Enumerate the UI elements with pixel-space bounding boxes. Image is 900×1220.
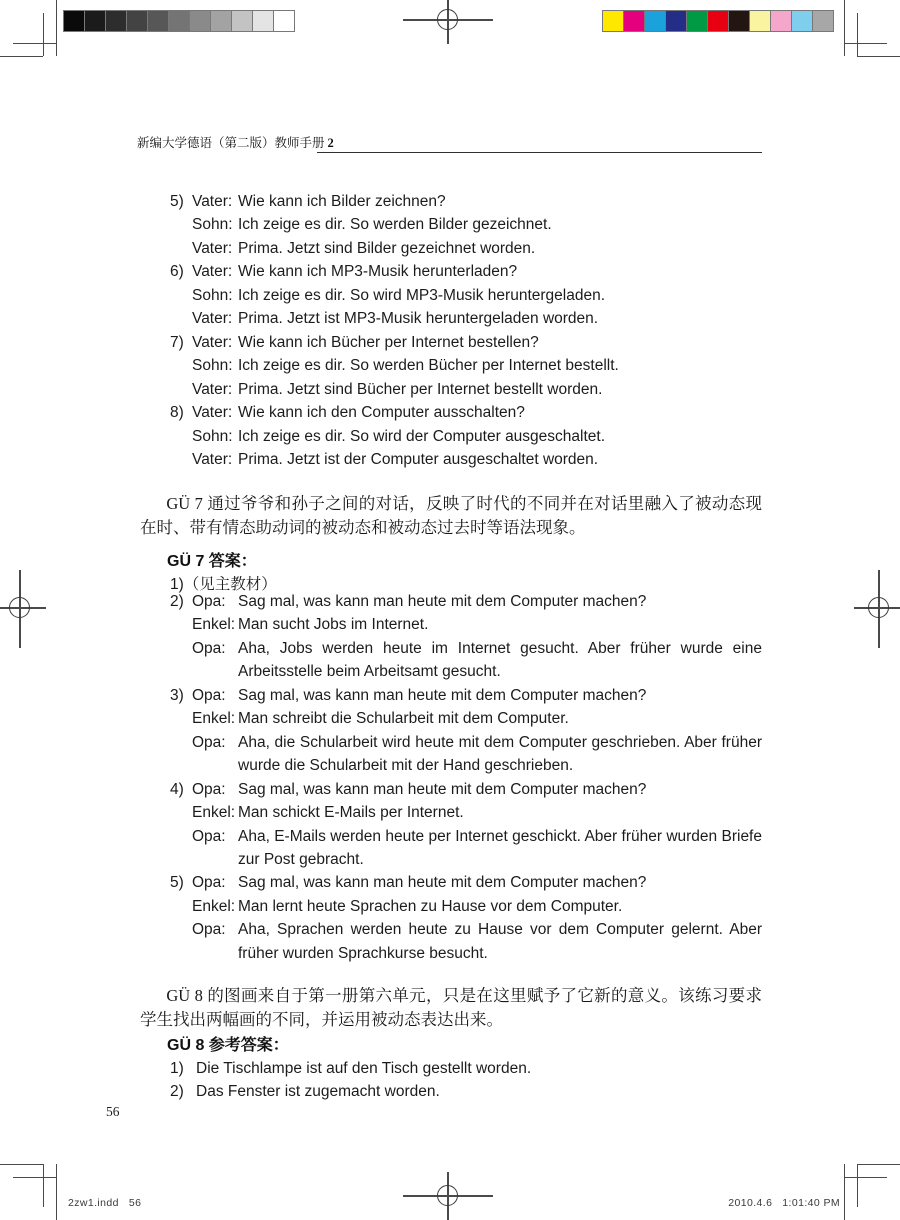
item-number [170, 284, 192, 307]
dialog-text: Ich zeige es dir. So werden Bilder gezei… [238, 213, 762, 236]
gu8-intro-paragraph: GÜ 8 的图画来自于第一册第六单元，只是在这里赋予了它新的意义。该练习要求学生… [140, 984, 762, 1033]
gu7-intro-paragraph: GÜ 7 通过爷爷和孙子之间的对话，反映了时代的不同并在对话里融入了被动态现在时… [140, 492, 762, 541]
dialog-section-opa-enkel: 2)Opa:Sag mal, was kann man heute mit de… [170, 590, 762, 965]
color-swatch [812, 10, 834, 32]
dialog-text: Sag mal, was kann man heute mit dem Comp… [238, 590, 762, 613]
speaker-label: Enkel: [192, 895, 238, 918]
item-number: 4) [170, 778, 192, 801]
color-calibration-bar [603, 10, 834, 32]
grayscale-swatch [63, 10, 85, 32]
dialog-line: 5)Opa:Sag mal, was kann man heute mit de… [170, 871, 762, 894]
gu8-answers-heading: GÜ 8 参考答案： [167, 1034, 289, 1057]
dialog-line: 6)Vater:Wie kann ich MP3-Musik herunterl… [170, 260, 762, 283]
dialog-line: 8)Vater:Wie kann ich den Computer aussch… [170, 401, 762, 424]
color-swatch [749, 10, 771, 32]
dialog-line: Vater:Prima. Jetzt ist MP3-Musik herunte… [170, 307, 762, 330]
footer-filename: 2zw1.indd 56 [68, 1197, 141, 1209]
dialog-text: Wie kann ich Bücher per Internet bestell… [238, 331, 762, 354]
dialog-line: Sohn:Ich zeige es dir. So werden Bilder … [170, 213, 762, 236]
dialog-text: Ich zeige es dir. So wird der Computer a… [238, 425, 762, 448]
dialog-text: Ich zeige es dir. So werden Bücher per I… [238, 354, 762, 377]
dialog-text: Prima. Jetzt sind Bücher per Internet be… [238, 378, 762, 401]
answer-text: Die Tischlampe ist auf den Tisch gestell… [196, 1057, 762, 1080]
item-number: 5) [170, 190, 192, 213]
item-number: 1) [170, 1057, 196, 1080]
grayscale-swatch [189, 10, 211, 32]
dialog-line: 5)Vater:Wie kann ich Bilder zeichnen? [170, 190, 762, 213]
item-number: 3) [170, 684, 192, 707]
header-rule [317, 152, 762, 153]
speaker-label: Enkel: [192, 613, 238, 636]
dialog-text: Wie kann ich Bilder zeichnen? [238, 190, 762, 213]
speaker-label: Enkel: [192, 801, 238, 824]
speaker-label: Opa: [192, 684, 238, 707]
dialog-text: Aha, Sprachen werden heute zu Hause vor … [238, 918, 762, 965]
dialog-line: Vater:Prima. Jetzt ist der Computer ausg… [170, 448, 762, 471]
speaker-label: Opa: [192, 825, 238, 872]
item-number: 8) [170, 401, 192, 424]
grayscale-calibration-bar [64, 10, 295, 32]
grayscale-swatch [84, 10, 106, 32]
speaker-label: Opa: [192, 871, 238, 894]
speaker-label: Opa: [192, 778, 238, 801]
item-number: 7) [170, 331, 192, 354]
speaker-label: Vater: [192, 401, 238, 424]
gu7-answers-heading: GÜ 7 答案： [167, 550, 257, 573]
item-number: 2) [170, 590, 192, 613]
speaker-label: Vater: [192, 331, 238, 354]
item-number [170, 825, 192, 872]
item-number: 2) [170, 1080, 196, 1103]
speaker-label: Vater: [192, 237, 238, 260]
page-header: 新编大学德语（第二版）教师手册2 [137, 133, 334, 151]
answer-line: 2)Das Fenster ist zugemacht worden. [170, 1080, 762, 1103]
answer-text: Das Fenster ist zugemacht worden. [196, 1080, 762, 1103]
scanned-book-page: 新编大学德语（第二版）教师手册2 5)Vater:Wie kann ich Bi… [0, 0, 900, 1220]
dialog-line: Enkel:Man schreibt die Schularbeit mit d… [170, 707, 762, 730]
speaker-label: Vater: [192, 378, 238, 401]
color-swatch [707, 10, 729, 32]
dialog-text: Sag mal, was kann man heute mit dem Comp… [238, 778, 762, 801]
speaker-label: Sohn: [192, 354, 238, 377]
item-number [170, 801, 192, 824]
page-number: 56 [106, 1104, 120, 1120]
color-swatch [770, 10, 792, 32]
dialog-line: Sohn:Ich zeige es dir. So wird MP3-Musik… [170, 284, 762, 307]
color-swatch [686, 10, 708, 32]
item-number: 6) [170, 260, 192, 283]
speaker-label: Vater: [192, 190, 238, 213]
dialog-text: Ich zeige es dir. So wird MP3-Musik heru… [238, 284, 762, 307]
color-swatch [665, 10, 687, 32]
speaker-label: Sohn: [192, 284, 238, 307]
dialog-text: Wie kann ich den Computer ausschalten? [238, 401, 762, 424]
dialog-text: Sag mal, was kann man heute mit dem Comp… [238, 684, 762, 707]
item-number: 5) [170, 871, 192, 894]
speaker-label: Opa: [192, 590, 238, 613]
speaker-label: Sohn: [192, 213, 238, 236]
dialog-line: Opa:Aha, die Schularbeit wird heute mit … [170, 731, 762, 778]
grayscale-swatch [105, 10, 127, 32]
dialog-text: Man schreibt die Schularbeit mit dem Com… [238, 707, 762, 730]
dialog-text: Aha, Jobs werden heute im Internet gesuc… [238, 637, 762, 684]
speaker-label: Vater: [192, 260, 238, 283]
color-swatch [728, 10, 750, 32]
speaker-label: Sohn: [192, 425, 238, 448]
dialog-line: Enkel:Man sucht Jobs im Internet. [170, 613, 762, 636]
speaker-label: Opa: [192, 637, 238, 684]
dialog-line: Sohn:Ich zeige es dir. So werden Bücher … [170, 354, 762, 377]
header-title: 新编大学德语（第二版）教师手册 [137, 136, 325, 150]
dialog-line: Opa:Aha, Sprachen werden heute zu Hause … [170, 918, 762, 965]
dialog-section-vater-sohn: 5)Vater:Wie kann ich Bilder zeichnen?Soh… [170, 190, 762, 471]
dialog-text: Aha, E-Mails werden heute per Internet g… [238, 825, 762, 872]
item-number [170, 237, 192, 260]
dialog-text: Prima. Jetzt ist MP3-Musik heruntergelad… [238, 307, 762, 330]
item-number [170, 918, 192, 965]
item-number [170, 354, 192, 377]
gu8-answers-list: 1)Die Tischlampe ist auf den Tisch geste… [170, 1057, 762, 1104]
dialog-line: 7)Vater:Wie kann ich Bücher per Internet… [170, 331, 762, 354]
item-number [170, 895, 192, 918]
dialog-line: 4)Opa:Sag mal, was kann man heute mit de… [170, 778, 762, 801]
dialog-line: Enkel:Man lernt heute Sprachen zu Hause … [170, 895, 762, 918]
item-number [170, 378, 192, 401]
dialog-line: Sohn:Ich zeige es dir. So wird der Compu… [170, 425, 762, 448]
footer-timestamp: 2010.4.6 1:01:40 PM [728, 1197, 840, 1209]
item-number [170, 448, 192, 471]
item-number [170, 307, 192, 330]
grayscale-swatch [210, 10, 232, 32]
dialog-text: Man lernt heute Sprachen zu Hause vor de… [238, 895, 762, 918]
dialog-line: Vater:Prima. Jetzt sind Bücher per Inter… [170, 378, 762, 401]
dialog-line: Enkel:Man schickt E-Mails per Internet. [170, 801, 762, 824]
item-number [170, 213, 192, 236]
dialog-line: 2)Opa:Sag mal, was kann man heute mit de… [170, 590, 762, 613]
dialog-line: Opa:Aha, E-Mails werden heute per Intern… [170, 825, 762, 872]
dialog-text: Prima. Jetzt ist der Computer ausgeschal… [238, 448, 762, 471]
color-swatch [623, 10, 645, 32]
color-swatch [644, 10, 666, 32]
grayscale-swatch [126, 10, 148, 32]
grayscale-swatch [273, 10, 295, 32]
dialog-line: Opa:Aha, Jobs werden heute im Internet g… [170, 637, 762, 684]
speaker-label: Enkel: [192, 707, 238, 730]
speaker-label: Opa: [192, 731, 238, 778]
speaker-label: Opa: [192, 918, 238, 965]
grayscale-swatch [231, 10, 253, 32]
speaker-label: Vater: [192, 448, 238, 471]
dialog-line: Vater:Prima. Jetzt sind Bilder gezeichne… [170, 237, 762, 260]
dialog-line: 3)Opa:Sag mal, was kann man heute mit de… [170, 684, 762, 707]
grayscale-swatch [147, 10, 169, 32]
dialog-text: Man schickt E-Mails per Internet. [238, 801, 762, 824]
dialog-text: Man sucht Jobs im Internet. [238, 613, 762, 636]
item-number [170, 731, 192, 778]
item-number [170, 613, 192, 636]
speaker-label: Vater: [192, 307, 238, 330]
dialog-text: Aha, die Schularbeit wird heute mit dem … [238, 731, 762, 778]
grayscale-swatch [252, 10, 274, 32]
item-number [170, 637, 192, 684]
answer-line: 1)Die Tischlampe ist auf den Tisch geste… [170, 1057, 762, 1080]
item-number [170, 707, 192, 730]
dialog-text: Sag mal, was kann man heute mit dem Comp… [238, 871, 762, 894]
grayscale-swatch [168, 10, 190, 32]
header-volume: 2 [328, 136, 334, 150]
color-swatch [602, 10, 624, 32]
dialog-text: Wie kann ich MP3-Musik herunterladen? [238, 260, 762, 283]
color-swatch [791, 10, 813, 32]
dialog-text: Prima. Jetzt sind Bilder gezeichnet word… [238, 237, 762, 260]
item-number [170, 425, 192, 448]
